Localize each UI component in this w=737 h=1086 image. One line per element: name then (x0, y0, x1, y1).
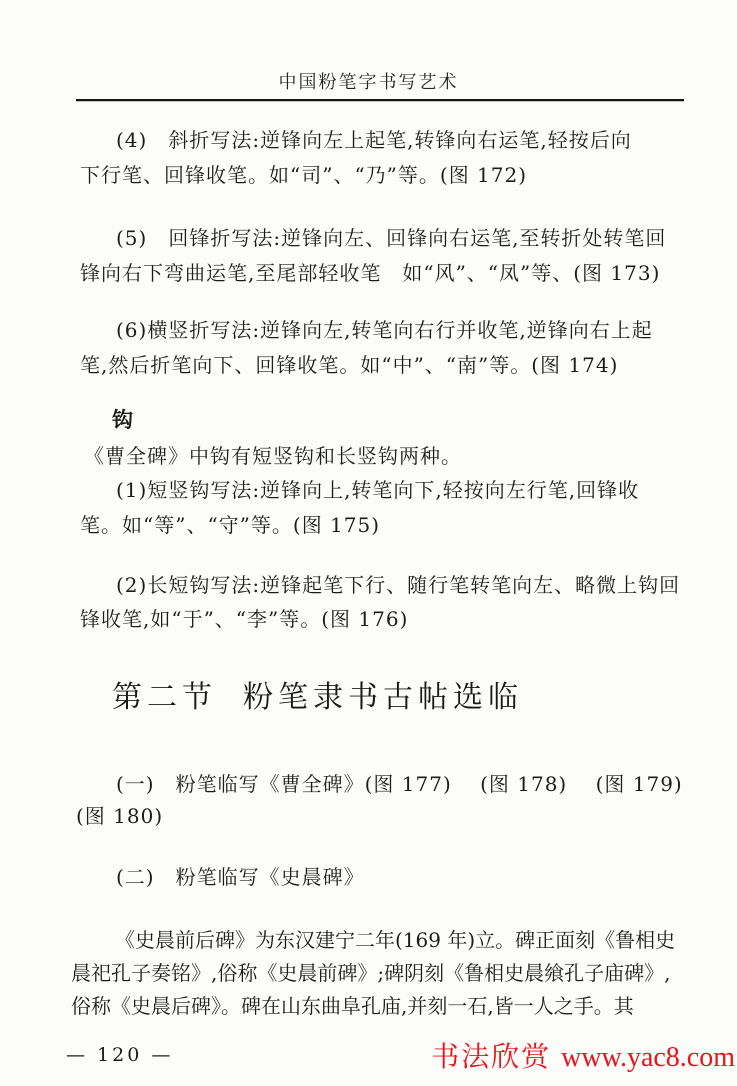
text-line: (二) 粉笔临写《史晨碑》 (80, 860, 680, 895)
hook-intro-line: 《曹全碑》中钩有短竖钩和长竖钩两种。 (84, 439, 684, 474)
page-number: — 120 — (66, 1044, 173, 1066)
paragraph-5: (5) 回锋折写法:逆锋向左、回锋向右运笔,至转折处转笔回 锋向右下弯曲运笔,至… (80, 221, 680, 291)
text-line: 《曹全碑》中钩有短竖钩和长竖钩两种。 (84, 439, 684, 474)
text-line: 晨祀孔子奏铭》,俗称《史晨前碑》;碑阴刻《鲁相史晨飨孔子庙碑》, (71, 957, 686, 990)
text-line: 锋向右下弯曲运笔,至尾部轻收笔 如“风”、“凤”等、(图 173) (80, 256, 680, 291)
text-line: (1)短竖钩写法:逆锋向上,转笔向下,轻按向左行笔,回锋收 (80, 473, 680, 508)
text-line: 笔,然后折笔向下、回锋收笔。如“中”、“南”等。(图 174) (80, 348, 680, 383)
text-line: (一) 粉笔临写《曹全碑》(图 177) (图 178) (图 179) (76, 768, 676, 800)
section-number: 第二节 (112, 680, 217, 715)
list-item-two: (二) 粉笔临写《史晨碑》 (80, 860, 680, 895)
hook-item-1: (1)短竖钩写法:逆锋向上,转笔向下,轻按向左行笔,回锋收 笔。如“等”、“守”… (80, 473, 680, 543)
watermark-site-name: 书法欣赏 (431, 1040, 551, 1073)
text-line: (5) 回锋折写法:逆锋向左、回锋向右运笔,至转折处转笔回 (80, 221, 680, 256)
paragraph-4: (4) 斜折写法:逆锋向左上起笔,转锋向右运笔,轻按后向 下行笔、回锋收笔。如“… (80, 123, 680, 193)
section-heading: 第二节粉笔隶书古帖选临 (112, 672, 523, 716)
hook-item-2: (2)长短钩写法:逆锋起笔下行、随行笔转笔向左、略微上钩回 锋收笔,如“于”、“… (80, 568, 680, 636)
text-line: 下行笔、回锋收笔。如“司”、“乃”等。(图 172) (80, 158, 680, 193)
watermark: 书法欣赏www.yac8.com (431, 1035, 735, 1075)
section-title: 粉笔隶书古帖选临 (243, 680, 523, 715)
text-line: (2)长短钩写法:逆锋起笔下行、随行笔转笔向左、略微上钩回 (80, 568, 680, 602)
text-line: 俗称《史晨后碑》。碑在山东曲阜孔庙,并刻一石,皆一人之手。其 (71, 990, 686, 1023)
text-line: 《史晨前后碑》为东汉建宁二年(169 年)立。碑正面刻《鲁相史 (71, 924, 686, 957)
paragraph-shichen: 《史晨前后碑》为东汉建宁二年(169 年)立。碑正面刻《鲁相史 晨祀孔子奏铭》,… (71, 924, 686, 1023)
text-line: (4) 斜折写法:逆锋向左上起笔,转锋向右运笔,轻按后向 (80, 123, 680, 158)
text-line: (图 180) (76, 800, 676, 832)
page-header-title: 中国粉笔字书写艺术 (0, 68, 737, 94)
book-page: 中国粉笔字书写艺术 (4) 斜折写法:逆锋向左上起笔,转锋向右运笔,轻按后向 下… (0, 0, 737, 1086)
text-line: (6)横竖折写法:逆锋向左,转笔向右行并收笔,逆锋向右上起 (80, 313, 680, 348)
header-rule (76, 99, 684, 101)
watermark-url: www.yac8.com (561, 1042, 735, 1073)
hook-section-heading: 钩 (112, 404, 134, 434)
text-line: 笔。如“等”、“守”等。(图 175) (80, 508, 680, 543)
text-line: 锋收笔,如“于”、“李”等。(图 176) (80, 602, 680, 636)
list-item-one: (一) 粉笔临写《曹全碑》(图 177) (图 178) (图 179) (图 … (76, 768, 676, 832)
paragraph-6: (6)横竖折写法:逆锋向左,转笔向右行并收笔,逆锋向右上起 笔,然后折笔向下、回… (80, 313, 680, 383)
